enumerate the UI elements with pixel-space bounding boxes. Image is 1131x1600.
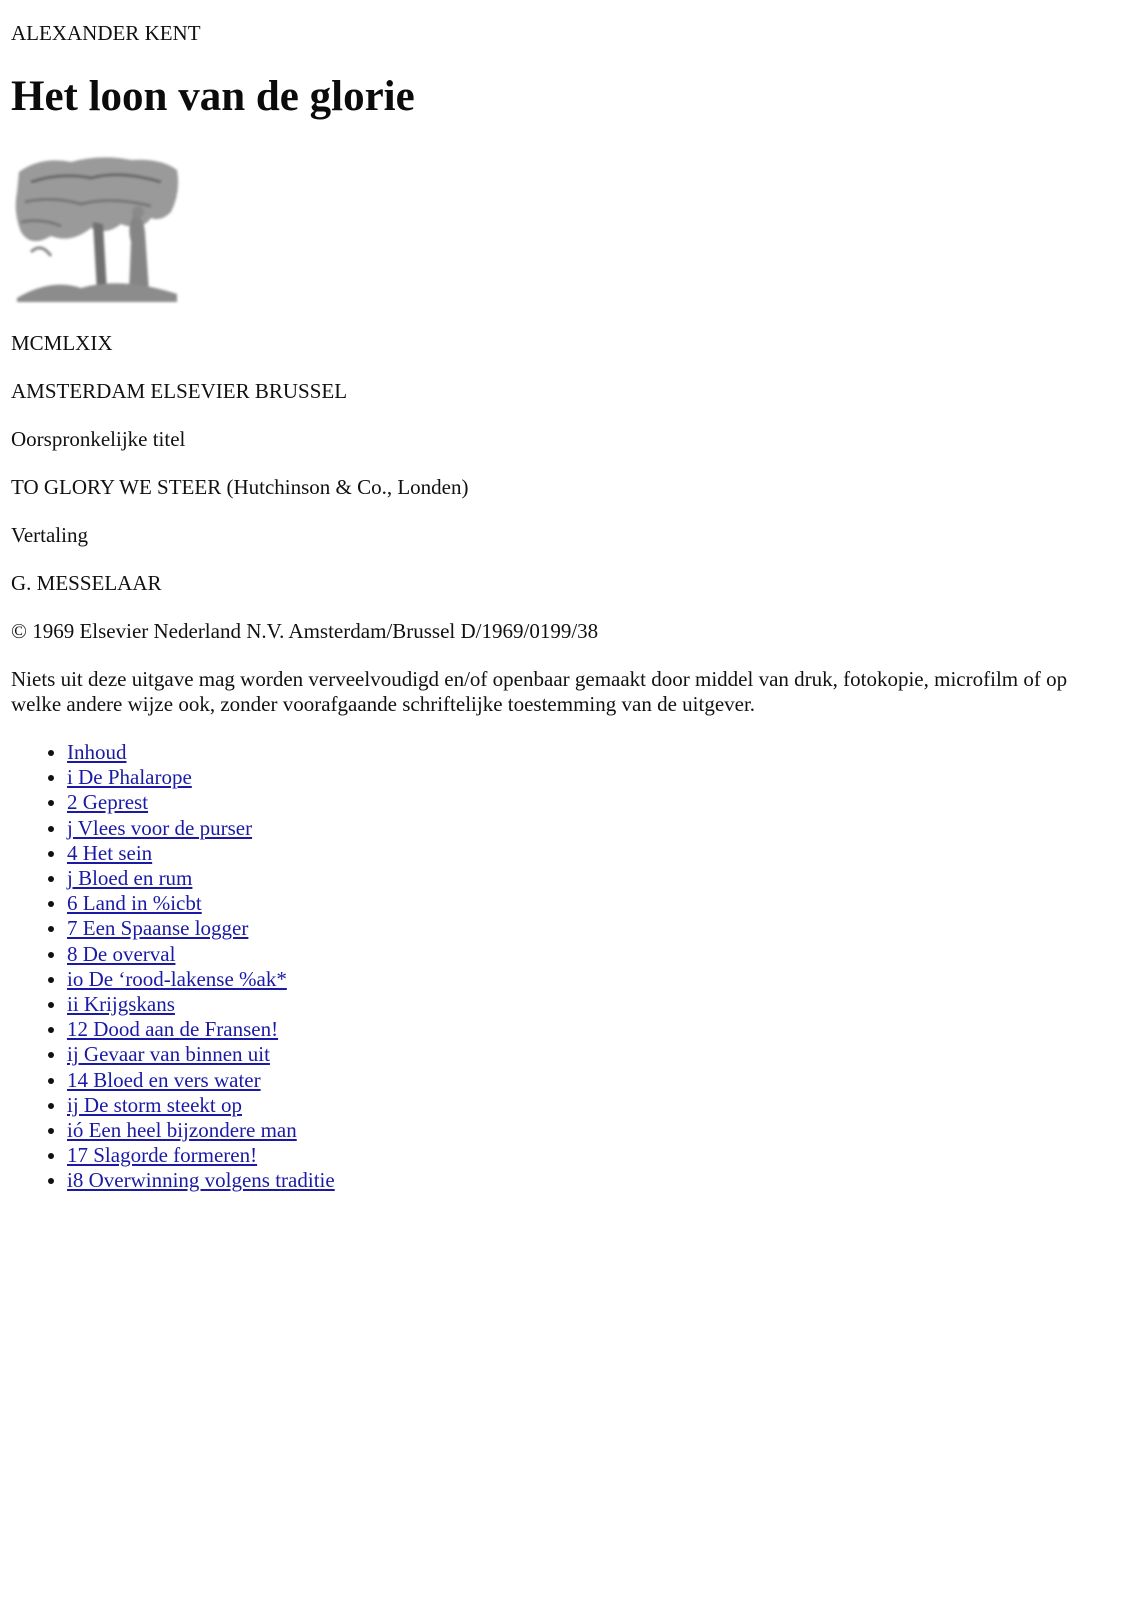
toc-item: 8 De overval <box>67 942 1120 967</box>
toc-item: ij Gevaar van binnen uit <box>67 1042 1120 1067</box>
toc-item: 12 Dood aan de Fransen! <box>67 1017 1120 1042</box>
rights-notice: Niets uit deze uitgave mag worden vervee… <box>11 667 1120 717</box>
toc-link-chapter-16[interactable]: ió Een heel bijzondere man <box>67 1118 297 1142</box>
toc-link-chapter-2[interactable]: 2 Geprest <box>67 790 148 814</box>
translation-label: Vertaling <box>11 523 1120 548</box>
publication-details: MCMLXIX AMSTERDAM ELSEVIER BRUSSEL Oorsp… <box>11 331 1120 644</box>
toc-item: io De ‘rood-lakense %ak* <box>67 967 1120 992</box>
table-of-contents: Inhoud i De Phalarope 2 Geprest j Vlees … <box>11 740 1120 1194</box>
toc-link-chapter-18[interactable]: i8 Overwinning volgens traditie <box>67 1168 335 1192</box>
original-title: TO GLORY WE STEER (Hutchinson & Co., Lon… <box>11 475 1120 500</box>
toc-item: ij De storm steekt op <box>67 1093 1120 1118</box>
copyright-line: © 1969 Elsevier Nederland N.V. Amsterdam… <box>11 619 1120 644</box>
toc-item: Inhoud <box>67 740 1120 765</box>
toc-link-chapter-10[interactable]: io De ‘rood-lakense %ak* <box>67 967 287 991</box>
toc-link-chapter-8[interactable]: 8 De overval <box>67 942 175 966</box>
toc-link-chapter-3[interactable]: j Vlees voor de purser <box>67 816 252 840</box>
toc-link-chapter-11[interactable]: ii Krijgskans <box>67 992 175 1016</box>
toc-link-inhoud[interactable]: Inhoud <box>67 740 127 764</box>
toc-item: ió Een heel bijzondere man <box>67 1118 1120 1143</box>
original-title-label: Oorspronkelijke titel <box>11 427 1120 452</box>
book-title: Het loon van de glorie <box>11 72 1120 122</box>
toc-item: 2 Geprest <box>67 790 1120 815</box>
toc-link-chapter-12[interactable]: 12 Dood aan de Fransen! <box>67 1017 278 1041</box>
author-name: ALEXANDER KENT <box>11 21 1120 46</box>
toc-item: 6 Land in %icbt <box>67 891 1120 916</box>
toc-item: i De Phalarope <box>67 765 1120 790</box>
toc-item: 17 Slagorde formeren! <box>67 1143 1120 1168</box>
toc-item: j Bloed en rum <box>67 866 1120 891</box>
toc-link-chapter-14[interactable]: 14 Bloed en vers water <box>67 1068 261 1092</box>
toc-item: 14 Bloed en vers water <box>67 1068 1120 1093</box>
toc-item: 4 Het sein <box>67 841 1120 866</box>
book-front-matter: ALEXANDER KENT Het loon van de glorie MC… <box>0 0 1131 1202</box>
toc-link-chapter-5[interactable]: j Bloed en rum <box>67 866 192 890</box>
publication-year: MCMLXIX <box>11 331 1120 356</box>
toc-link-chapter-7[interactable]: 7 Een Spaanse logger <box>67 916 248 940</box>
toc-item: 7 Een Spaanse logger <box>67 916 1120 941</box>
toc-item: ii Krijgskans <box>67 992 1120 1017</box>
toc-item: j Vlees voor de purser <box>67 816 1120 841</box>
toc-link-chapter-1[interactable]: i De Phalarope <box>67 765 192 789</box>
tree-engraving-icon <box>11 152 181 304</box>
publisher: AMSTERDAM ELSEVIER BRUSSEL <box>11 379 1120 404</box>
toc-link-chapter-13[interactable]: ij Gevaar van binnen uit <box>67 1042 270 1066</box>
toc-item: i8 Overwinning volgens traditie <box>67 1168 1120 1193</box>
translator: G. MESSELAAR <box>11 571 1120 596</box>
toc-link-chapter-17[interactable]: 17 Slagorde formeren! <box>67 1143 257 1167</box>
toc-link-chapter-15[interactable]: ij De storm steekt op <box>67 1093 242 1117</box>
toc-link-chapter-6[interactable]: 6 Land in %icbt <box>67 891 202 915</box>
toc-link-chapter-4[interactable]: 4 Het sein <box>67 841 152 865</box>
